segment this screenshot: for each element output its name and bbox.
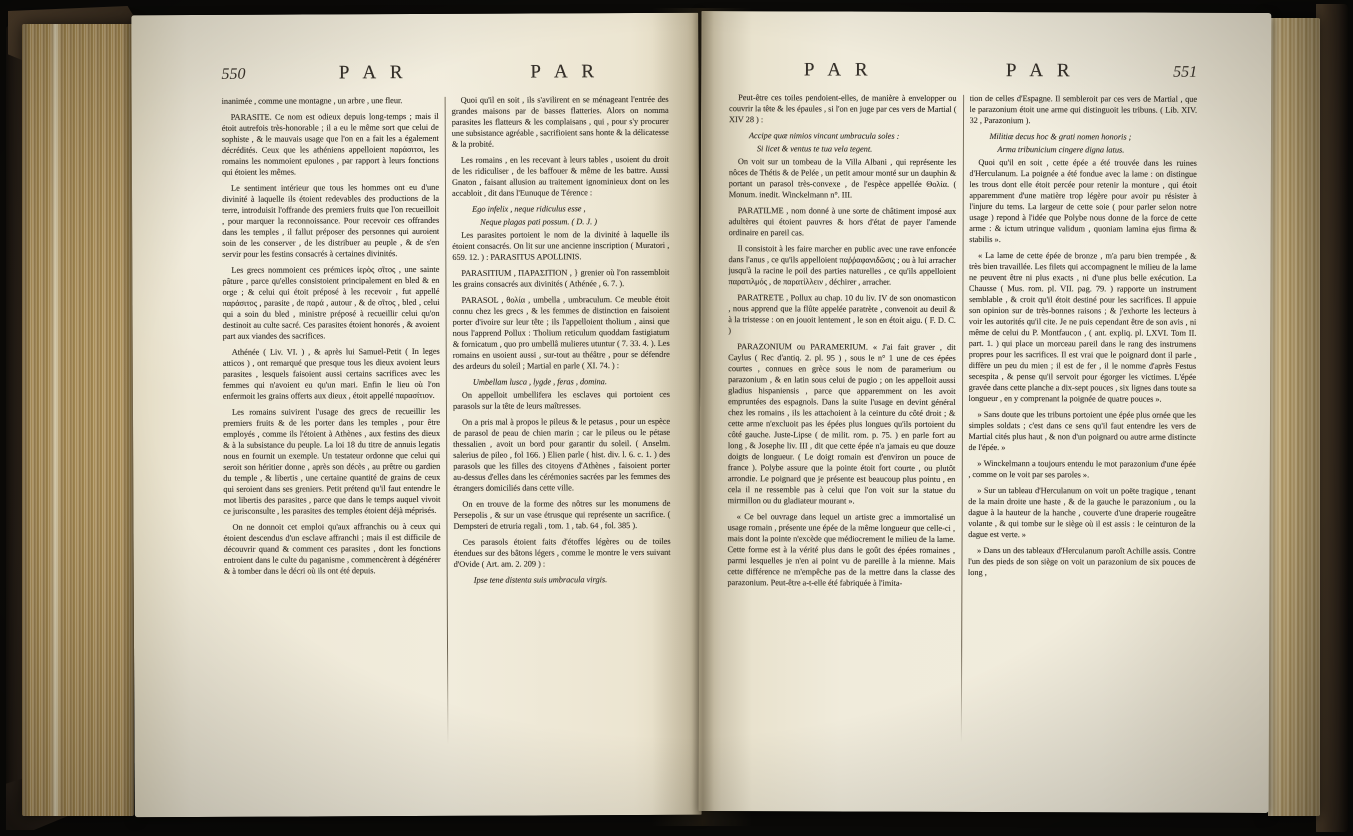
paragraph: PARASITE. Ce nom est odieux depuis long-… — [222, 111, 439, 178]
paragraph: PARASITIUM , ΠΑΡΑΣΙΤΙΟΝ , } grenier où l… — [452, 267, 669, 290]
column-4: tion de celles d'Espagne. Il sembleroit … — [967, 93, 1197, 766]
paragraph: PARASOL , θολία , umbella , umbraculum. … — [452, 294, 669, 372]
paragraph: » Dans un des tableaux d'Herculanum paro… — [968, 545, 1196, 579]
paragraph: PARATRETE , Pollux au chap. 10 du liv. I… — [728, 292, 956, 337]
paragraph: Ipse tene distenta suis umbracula virgis… — [474, 574, 671, 586]
page-550: 550 P A R P A R inanimée , comme une mon… — [131, 13, 701, 817]
paragraph: On a pris mal à propos le pileus & le pe… — [453, 416, 670, 494]
left-page-fore-edge — [22, 24, 134, 816]
column-1: inanimée , comme une montagne , un arbre… — [222, 95, 442, 768]
paragraph: Umbellam lusca , lygde , feras , domina. — [473, 376, 670, 388]
page-number: 550 — [221, 66, 277, 84]
paragraph: « La lame de cette épée de bronze , m'a … — [969, 250, 1197, 405]
running-title: P A R — [737, 59, 939, 82]
page-551-header: P A R P A R 551 — [701, 59, 1271, 83]
paragraph: Athénée ( Liv. VI. ) , & après lui Samue… — [223, 346, 440, 402]
paragraph: Les grecs nommoient ces prémices ἱερὸς σ… — [222, 264, 439, 342]
paragraph: Les parasites portoient le nom de la div… — [452, 229, 669, 263]
paragraph: Quoi qu'il en soit , ils s'avilirent en … — [452, 94, 669, 150]
column-2: Quoi qu'il en soit , ils s'avilirent en … — [452, 94, 672, 767]
paragraph: Ces parasols étoient faits d'étoffes lég… — [454, 536, 671, 570]
paragraph: » Sans doute que les tribuns portoient u… — [968, 409, 1196, 454]
paragraph: Arma tribunicium cingere digna latus. — [997, 144, 1197, 156]
right-cover-leather — [1316, 4, 1348, 832]
paragraph: Les romains , en les recevant à leurs ta… — [452, 154, 669, 199]
running-title: P A R — [939, 60, 1141, 83]
paragraph: tion de celles d'Espagne. Il sembleroit … — [969, 93, 1197, 127]
paragraph: On en trouve de la forme des nôtres sur … — [453, 498, 670, 532]
paragraph: On appelloit umbellifera les esclaves qu… — [453, 389, 670, 412]
paragraph: » Winckelmann a toujours entendu le mot … — [968, 458, 1196, 481]
column-rule — [960, 95, 963, 743]
paragraph: Accipe quæ nimios vincant umbracula sole… — [749, 130, 957, 142]
paragraph: Le sentiment intérieur que tous les homm… — [222, 182, 439, 260]
page-551-text-block: Peut-être ces toiles pendoient-elles, de… — [699, 92, 1271, 766]
paragraph: PARATILME , nom donné à une sorte de châ… — [729, 205, 957, 239]
page-550-header: 550 P A R P A R — [131, 61, 698, 85]
paragraph: » Sur un tableau d'Herculanum on voit un… — [968, 485, 1196, 541]
paragraph: inanimée , comme une montagne , un arbre… — [222, 95, 439, 107]
right-page-fore-edge — [1268, 18, 1320, 816]
paragraph: Militiæ decus hoc & grati nomen honoris … — [989, 131, 1197, 143]
paragraph: Si licet & ventus te tua vela tegent. — [757, 143, 957, 155]
paragraph: Neque plagas pati possum. ( D. J. ) — [480, 216, 669, 228]
page-550-text-block: inanimée , comme une montagne , un arbre… — [132, 94, 702, 768]
column-rule — [445, 97, 449, 745]
paragraph: PARAZONIUM ou PARAMERIUM. « J'ai fait gr… — [728, 341, 956, 507]
running-title: P A R — [469, 61, 661, 84]
page-number: 551 — [1141, 64, 1197, 82]
paragraph: On voit sur un tombeau de la Villa Alban… — [729, 156, 957, 201]
paragraph: On ne donnoit cet emploi qu'aux affranch… — [223, 521, 440, 577]
paragraph: Ego infelix , neque ridiculus esse , — [472, 203, 669, 215]
page-551: P A R P A R 551 Peut-être ces toiles pen… — [699, 11, 1272, 813]
paragraph: Il consistoit à les faire marcher en pub… — [728, 243, 956, 288]
open-book-photograph: 550 P A R P A R inanimée , comme une mon… — [0, 0, 1353, 836]
paragraph: « Ce bel ouvrage dans lequel un artiste … — [727, 511, 955, 589]
paragraph: Peut-être ces toiles pendoient-elles, de… — [729, 92, 957, 126]
running-title: P A R — [277, 62, 469, 85]
paragraph: Les romains suivirent l'usage des grecs … — [223, 406, 440, 517]
column-3: Peut-être ces toiles pendoient-elles, de… — [727, 92, 957, 765]
paragraph: Quoi qu'il en soit , cette épée a été tr… — [969, 157, 1197, 246]
